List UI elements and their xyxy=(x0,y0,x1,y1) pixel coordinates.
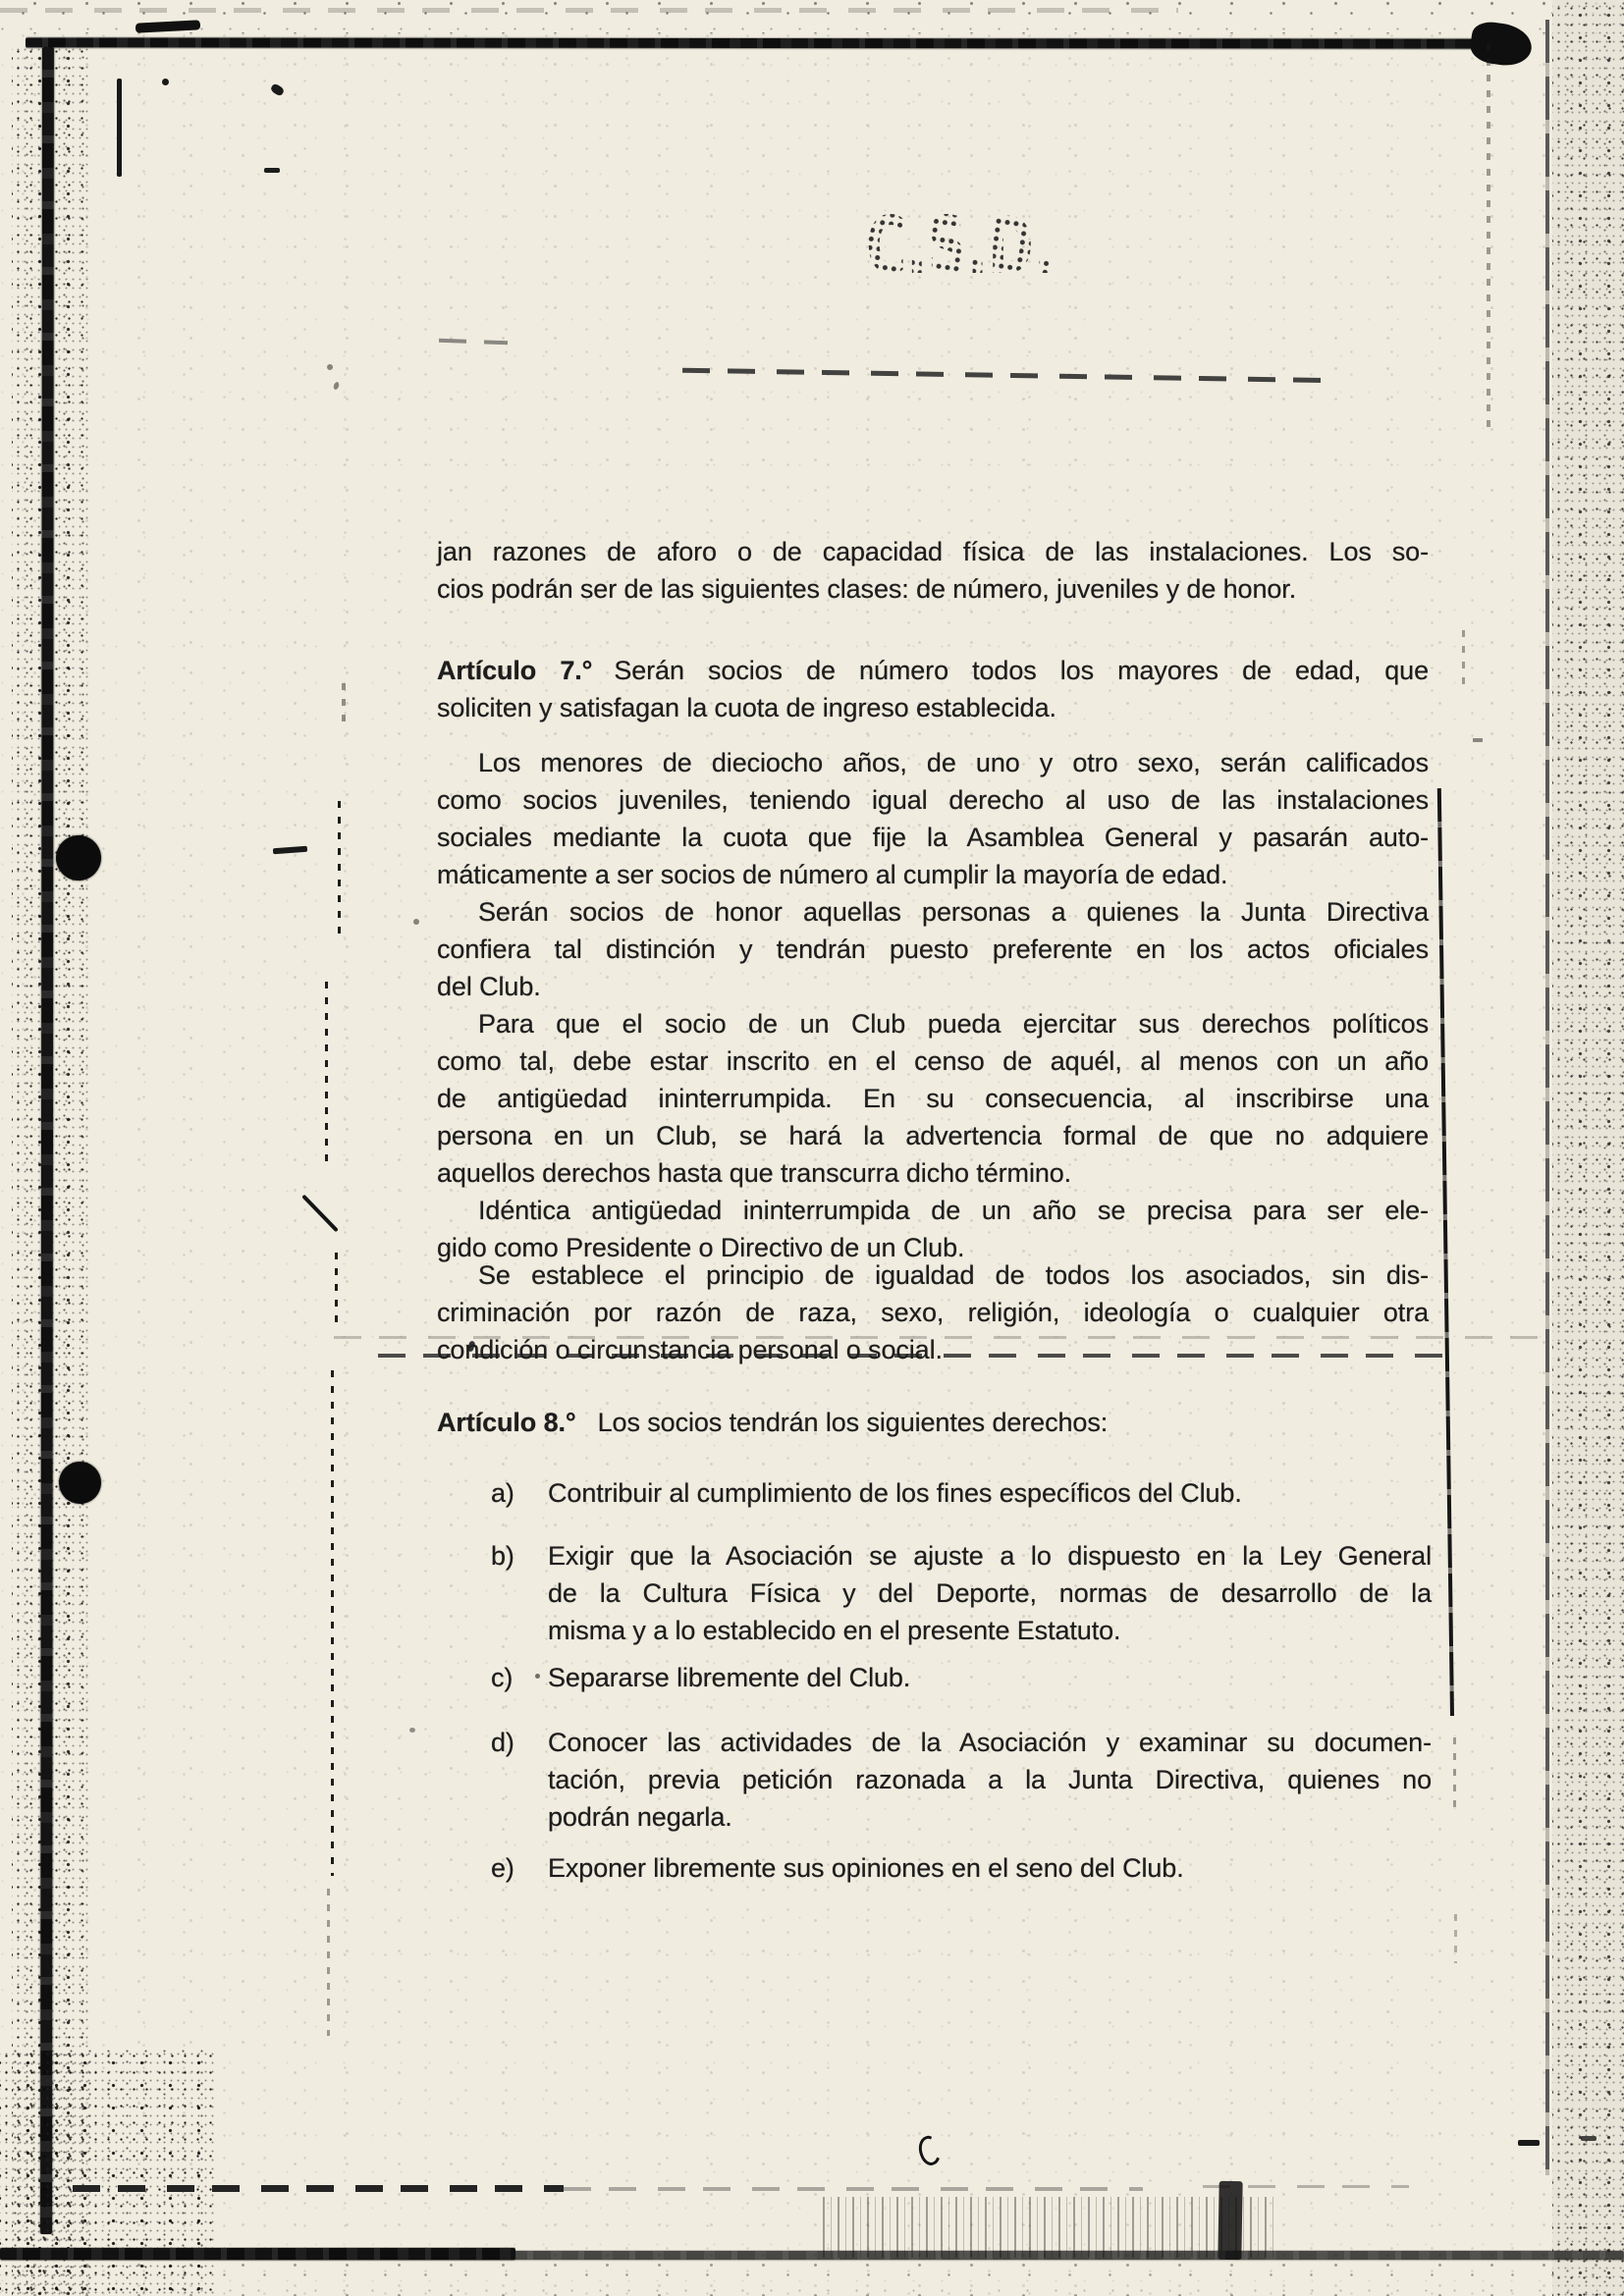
text-line: Exponer libremente sus opiniones en el s… xyxy=(548,1849,1432,1887)
paragraph-honor: Serán socios de honor aquellas personas … xyxy=(437,893,1429,1005)
text-line: Artículo 8.°Los socios tendrán los sigui… xyxy=(437,1404,1429,1441)
ink-speck xyxy=(327,364,333,370)
text-line: sociales mediante la cuota que fije la A… xyxy=(437,819,1429,856)
text-line: como tal, debe estar inscrito en el cens… xyxy=(437,1042,1429,1080)
text-line: Serán socios de honor aquellas personas … xyxy=(437,893,1429,931)
scan-right-margin xyxy=(1552,0,1624,2296)
text-line: Conocer las actividades de la Asociación… xyxy=(548,1724,1432,1761)
bottom-dashed-line xyxy=(73,2185,564,2192)
bottom-dashed-line-faint xyxy=(564,2187,1143,2191)
ink-dash xyxy=(264,168,280,173)
list-item-e: e) Exponer libremente sus opiniones en e… xyxy=(437,1849,1429,1887)
right-margin-pen-line-tail xyxy=(1453,1737,1456,1811)
text-line: Exigir que la Asociación se ajuste a lo … xyxy=(548,1537,1432,1575)
text-line: de la Cultura Física y del Deporte, norm… xyxy=(548,1575,1432,1612)
scan-noise-top-echo-line xyxy=(0,8,1178,13)
ink-dash xyxy=(1518,2140,1540,2146)
list-marker: c) xyxy=(491,1659,513,1696)
list-marker: e) xyxy=(491,1849,514,1887)
margin-dotted-line xyxy=(335,1253,338,1325)
paragraph-equality: Se establece el principio de igualdad de… xyxy=(437,1256,1429,1368)
page-left-border-line xyxy=(40,47,54,2234)
scan-noise-right-dotted-line xyxy=(1487,43,1490,436)
margin-dotted-line xyxy=(338,801,341,940)
text-line: máticamente a ser socios de número al cu… xyxy=(437,856,1429,893)
article8-label: Artículo 8.° xyxy=(437,1408,576,1437)
paragraph-continuation: jan razones de aforo o de capacidad físi… xyxy=(437,533,1429,608)
text-line: persona en un Club, se hará la advertenc… xyxy=(437,1117,1429,1154)
list-marker: b) xyxy=(491,1537,514,1575)
scan-noise-blob xyxy=(1218,2181,1242,2260)
text-line: Artículo 7.°Serán socios de número todos… xyxy=(437,652,1429,689)
page-bottom-border-line-dark xyxy=(0,2248,515,2260)
text-line: del Club. xyxy=(437,968,1429,1005)
paragraph-seniority: Idéntica antigüedad ininterrumpida de un… xyxy=(437,1192,1429,1266)
margin-dotted-line xyxy=(325,982,328,1166)
list-marker: a) xyxy=(491,1474,514,1512)
margin-dotted-line xyxy=(327,1889,330,2036)
text-line: Contribuir al cumplimiento de los fines … xyxy=(548,1474,1432,1512)
ink-speck xyxy=(413,919,419,925)
text-line: cios podrán ser de las siguientes clases… xyxy=(437,570,1429,608)
list-marker: d) xyxy=(491,1724,514,1761)
text-line: Se establece el principio de igualdad de… xyxy=(437,1256,1429,1294)
paragraph-article7: Artículo 7.°Serán socios de número todos… xyxy=(437,652,1429,726)
binder-hole-dot-bottom xyxy=(59,1462,101,1504)
list-item-c: c) Separarse libremente del Club. xyxy=(437,1659,1429,1696)
list-item-a: a) Contribuir al cumplimiento de los fin… xyxy=(437,1474,1429,1512)
list-item-d: d) Conocer las actividades de la Asociac… xyxy=(437,1724,1429,1836)
text-line: confiera tal distinción y tendrán puesto… xyxy=(437,931,1429,968)
text-line: Los menores de dieciocho años, de uno y … xyxy=(437,744,1429,781)
margin-dotted-line xyxy=(331,1370,334,1876)
list-item-b: b) Exigir que la Asociación se ajuste a … xyxy=(437,1537,1429,1649)
ink-speck xyxy=(409,1728,415,1733)
text-line: soliciten y satisfagan la cuota de ingre… xyxy=(437,689,1429,726)
article7-label: Artículo 7.° xyxy=(437,656,592,685)
scan-noise-top-strip xyxy=(0,0,1624,33)
ink-dotted-marks xyxy=(1462,630,1465,687)
scan-noise-bottom-strip xyxy=(0,2262,1624,2296)
right-margin-pen-line-tail xyxy=(1454,1914,1457,1963)
paper-right-edge-line xyxy=(1545,20,1549,2175)
text-line: tación, previa petición razonada a la Ju… xyxy=(548,1761,1432,1798)
text-line: de antigüedad ininterrumpida. En su cons… xyxy=(437,1080,1429,1117)
paragraph-political-rights: Para que el socio de un Club pueda ejerc… xyxy=(437,1005,1429,1192)
ink-dash xyxy=(1473,738,1483,742)
text-line: aquellos derechos hasta que transcurra d… xyxy=(437,1154,1429,1192)
text-line: Para que el socio de un Club pueda ejerc… xyxy=(437,1005,1429,1042)
paragraph-minors: Los menores de dieciocho años, de uno y … xyxy=(437,744,1429,893)
text-line: Separarse libremente del Club. xyxy=(548,1659,1432,1696)
ink-dash xyxy=(1581,2136,1597,2141)
article7-lead: Serán socios de número todos los mayores… xyxy=(614,656,1429,685)
text-line: jan razones de aforo o de capacidad físi… xyxy=(437,533,1429,570)
text-line: Idéntica antigüedad ininterrumpida de un… xyxy=(437,1192,1429,1229)
text-line: condición o circunstancia personal o soc… xyxy=(437,1331,1429,1368)
csd-perforated-stamp: C.S.D. xyxy=(864,198,1070,301)
binder-hole-dot-top xyxy=(56,835,101,881)
article8-lead: Los socios tendrán los siguientes derech… xyxy=(598,1408,1109,1437)
text-line: misma y a lo establecido en el presente … xyxy=(548,1612,1432,1649)
text-line: criminación por razón de raza, sexo, rel… xyxy=(437,1294,1429,1331)
page-top-border-line xyxy=(26,37,1522,48)
scan-noise-pen-stroke xyxy=(117,79,122,177)
ink-dotted-marks xyxy=(342,683,346,728)
text-line: como socios juveniles, teniendo igual de… xyxy=(437,781,1429,819)
ink-speck xyxy=(162,79,169,85)
scanned-document-page: C.S.D. jan razones de aforo o de capacid… xyxy=(0,0,1624,2296)
stamp-text: C.S.D. xyxy=(866,200,1055,292)
scan-noise-streaks xyxy=(823,2197,1279,2258)
paragraph-article8: Artículo 8.°Los socios tendrán los sigui… xyxy=(437,1404,1429,1441)
text-line: podrán negarla. xyxy=(548,1798,1432,1836)
